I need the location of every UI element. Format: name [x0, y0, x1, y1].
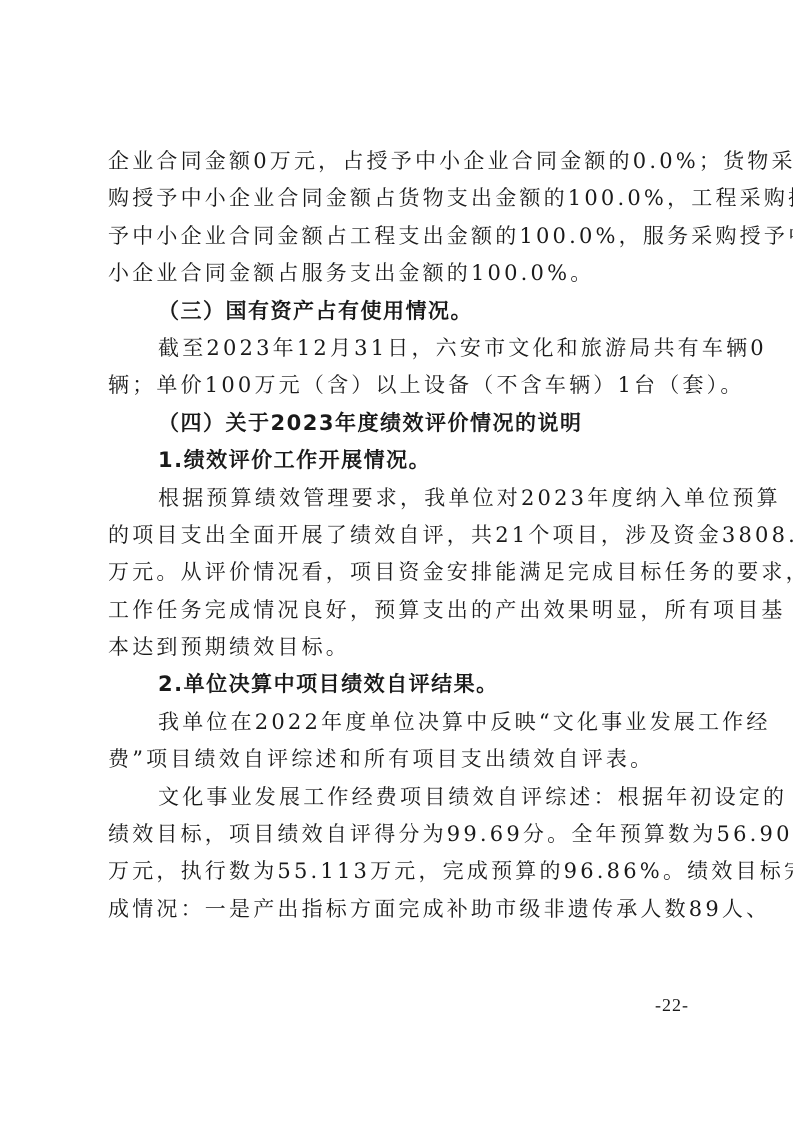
text-line: 本达到预期绩效目标。 — [108, 629, 694, 666]
text-line: 工作任务完成情况良好，预算支出的产出效果明显，所有项目基 — [108, 592, 694, 629]
text-line: 万元。从评价情况看，项目资金安排能满足完成目标任务的要求， — [108, 554, 694, 591]
subheading-self-eval-results: 2.单位决算中项目绩效自评结果。 — [108, 666, 694, 703]
page-number: -22- — [655, 995, 689, 1016]
paragraph-evaluation-work: 根据预算绩效管理要求，我单位对2023年度纳入单位预算 的项目支出全面开展了绩效… — [108, 480, 694, 667]
text-line: 截至2023年12月31日，六安市文化和旅游局共有车辆0 — [108, 330, 694, 367]
text-line: 购授予中小企业合同金额占货物支出金额的100.0%，工程采购授 — [108, 180, 694, 217]
text-line: 我单位在2022年度单位决算中反映“文化事业发展工作经 — [108, 704, 694, 741]
text-line: 成情况：一是产出指标方面完成补助市级非遗传承人数89人、 — [108, 891, 694, 928]
text-line: 予中小企业合同金额占工程支出金额的100.0%，服务采购授予中 — [108, 218, 694, 255]
heading-text: （三）国有资产占有使用情况。 — [108, 293, 694, 330]
subheading-evaluation-work: 1.绩效评价工作开展情况。 — [108, 442, 694, 479]
section-heading-state-assets: （三）国有资产占有使用情况。 — [108, 293, 694, 330]
text-line: 小企业合同金额占服务支出金额的100.0%。 — [108, 255, 694, 292]
text-line: 辆；单价100万元（含）以上设备（不含车辆）1台（套）。 — [108, 367, 694, 404]
text-line: 万元，执行数为55.113万元，完成预算的96.86%。绩效目标完 — [108, 853, 694, 890]
paragraph-culture-project-summary: 文化事业发展工作经费项目绩效自评综述：根据年初设定的 绩效目标，项目绩效自评得分… — [108, 779, 694, 929]
text-line: 绩效目标，项目绩效自评得分为99.69分。全年预算数为56.90 — [108, 816, 694, 853]
text-line: 费”项目绩效自评综述和所有项目支出绩效自评表。 — [108, 741, 694, 778]
text-line: 根据预算绩效管理要求，我单位对2023年度纳入单位预算 — [108, 480, 694, 517]
text-line: 文化事业发展工作经费项目绩效自评综述：根据年初设定的 — [108, 779, 694, 816]
text-line: 的项目支出全面开展了绩效自评，共21个项目，涉及资金3808.23 — [108, 517, 694, 554]
heading-text: 2.单位决算中项目绩效自评结果。 — [108, 666, 694, 703]
text-line: 企业合同金额0万元，占授予中小企业合同金额的0.0%；货物采 — [108, 143, 694, 180]
heading-text: （四）关于2023年度绩效评价情况的说明 — [108, 405, 694, 442]
paragraph-assets: 截至2023年12月31日，六安市文化和旅游局共有车辆0 辆；单价100万元（含… — [108, 330, 694, 405]
heading-text: 1.绩效评价工作开展情况。 — [108, 442, 694, 479]
paragraph-self-eval-results: 我单位在2022年度单位决算中反映“文化事业发展工作经 费”项目绩效自评综述和所… — [108, 704, 694, 779]
section-heading-performance-evaluation: （四）关于2023年度绩效评价情况的说明 — [108, 405, 694, 442]
paragraph-sme-contracts: 企业合同金额0万元，占授予中小企业合同金额的0.0%；货物采 购授予中小企业合同… — [108, 143, 694, 293]
document-page-body: 企业合同金额0万元，占授予中小企业合同金额的0.0%；货物采 购授予中小企业合同… — [108, 143, 694, 928]
